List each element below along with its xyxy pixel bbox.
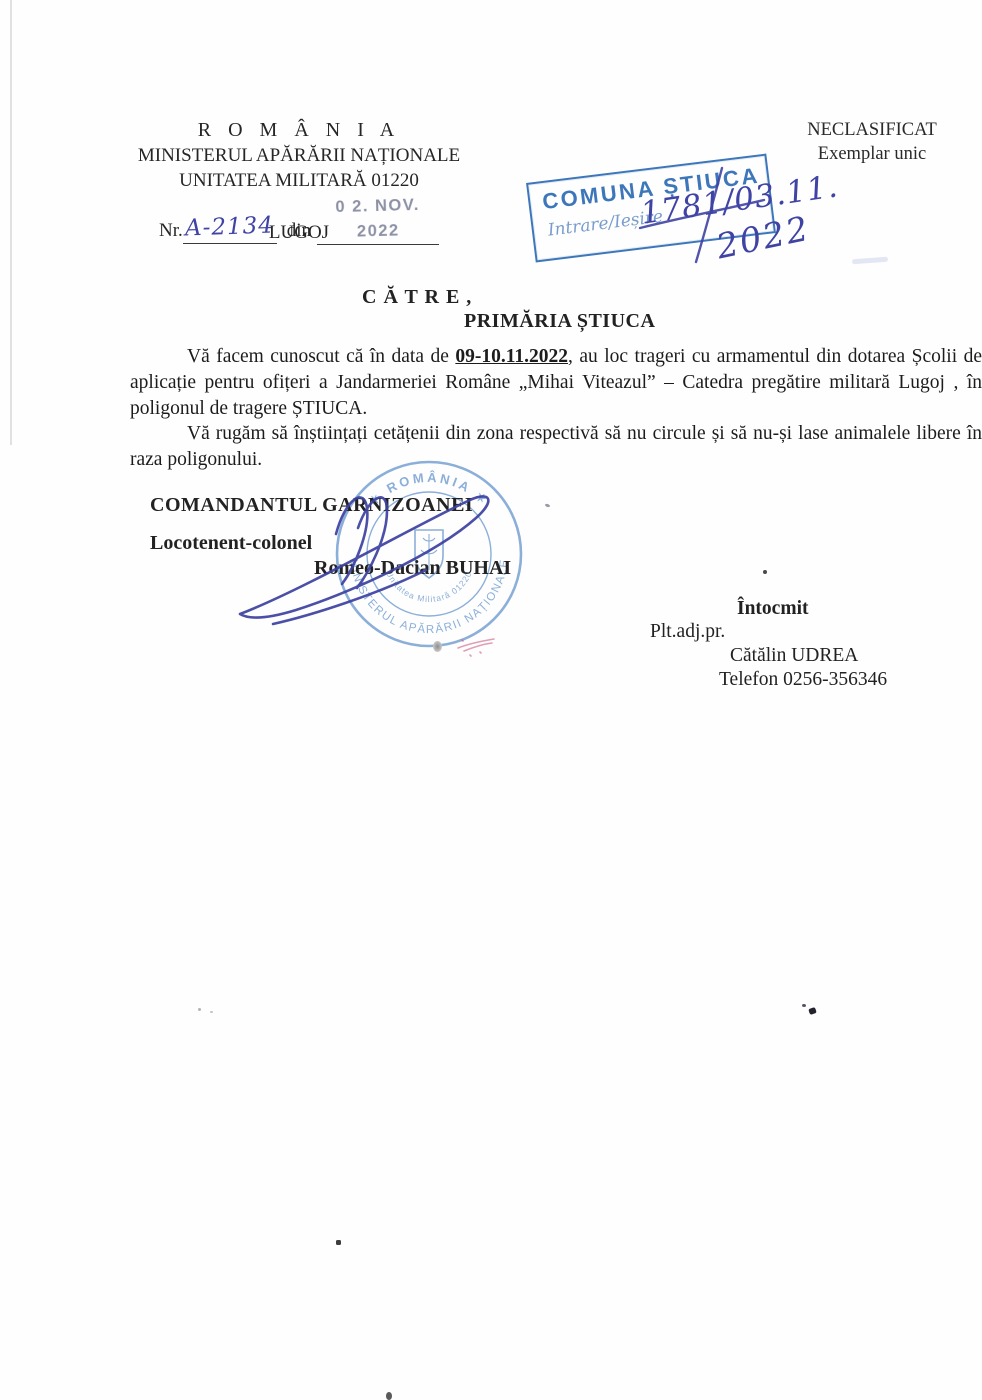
scan-speck [802,1004,807,1008]
nr-label: Nr. [159,218,183,243]
commander-signature [218,472,528,642]
preparer-phone: Telefon 0256-356346 [719,669,887,691]
scan-speck [808,1007,817,1015]
scan-speck [210,1011,213,1013]
scan-speck [433,641,442,652]
copy-note: Exemplar unic [792,142,952,166]
scan-speck [336,1240,341,1245]
ministry-line: MINISTERUL APĂRĂRII NAȚIONALE [128,143,470,168]
nr-value-handwritten: A-2134 [185,213,275,241]
registration-number-row: Nr.A-2134din0 2. NOV. 2022 [128,194,470,220]
scan-speck [386,1392,392,1400]
classification-block: NECLASIFICAT Exemplar unic [792,118,952,166]
prepared-label: Întocmit [737,598,809,620]
body-paragraph-1: Vă facem cunoscut că în data de 09-10.11… [130,344,982,421]
p1-date-range: 09-10.11.2022 [455,346,568,367]
scan-speck [763,570,767,574]
scan-artifact-line [10,0,12,445]
faint-blue-smudge [852,257,888,264]
salutation-recipient: PRIMĂRIA ȘTIUCA [464,310,655,333]
unit-line: UNITATEA MILITARĂ 01220 [128,168,470,193]
pink-smudge-artifact [450,632,500,658]
country-title: R O M Â N I A [128,118,470,143]
nr-value-slot: A-2134 [183,217,277,244]
salutation-to: C Ă T R E , [362,286,472,309]
preparer-rank: Plt.adj.pr. [650,621,725,643]
body-paragraph-2: Vă rugăm să înștiințați cetățenii din zo… [130,421,982,473]
registry-handwriting-strokes [560,150,800,280]
classification-label: NECLASIFICAT [792,118,952,142]
date-slot: 0 2. NOV. 2022 [317,194,439,245]
p1-prefix: Vă facem cunoscut că în data de [187,346,455,367]
scan-speck [545,503,551,508]
scan-speck [198,1008,201,1011]
sender-header: R O M Â N I A MINISTERUL APĂRĂRII NAȚION… [128,118,470,245]
preparer-name: Cătălin UDREA [730,645,858,667]
letter-body: Vă facem cunoscut că în data de 09-10.11… [130,344,982,473]
date-ink-stamp: 0 2. NOV. 2022 [316,192,439,245]
scanned-letter-page: R O M Â N I A MINISTERUL APĂRĂRII NAȚION… [0,0,982,1400]
